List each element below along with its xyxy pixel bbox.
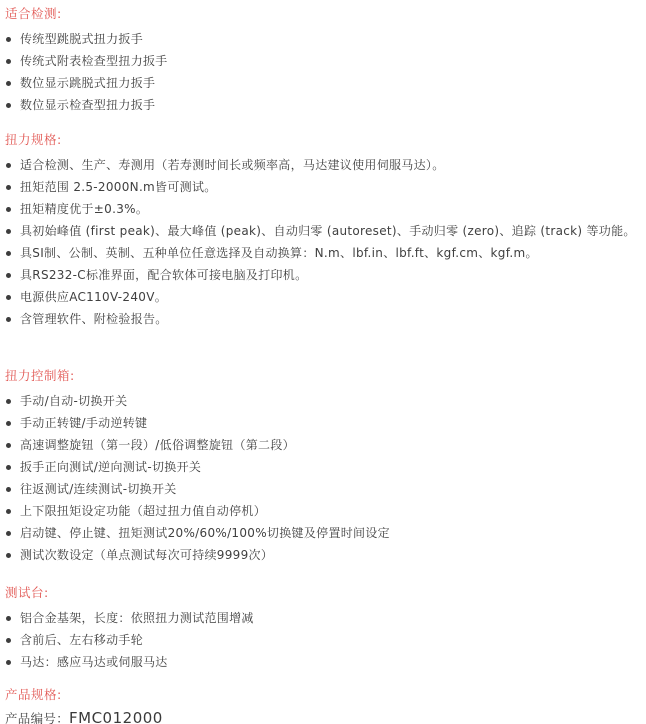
list-item: 马达：感应马达或伺服马达 [5, 651, 642, 673]
bullet-icon [6, 103, 11, 108]
bullet-icon [6, 487, 11, 492]
list-item-text: 启动键、停止键、扭矩测试20%/60%/100%切换键及停置时间设定 [20, 525, 390, 541]
bullet-list: 手动/自动-切换开关 手动正转键/手动逆转键 高速调整旋钮（第一段）/低俗调整旋… [5, 390, 642, 566]
bullet-icon [6, 273, 11, 278]
product-number-label: 产品编号： [5, 709, 69, 724]
list-item: 扳手正向测试/逆向测试-切换开关 [5, 456, 642, 478]
list-item: 具SI制、公制、英制、五种单位任意选择及自动换算：N.m、lbf.in、lbf.… [5, 242, 642, 264]
list-item: 高速调整旋钮（第一段）/低俗调整旋钮（第二段） [5, 434, 642, 456]
bullet-icon [6, 37, 11, 42]
list-item: 含管理软件、附检验报告。 [5, 308, 642, 330]
bullet-icon [6, 185, 11, 190]
list-item: 电源供应AC110V-240V。 [5, 286, 642, 308]
list-item: 具RS232-C标准界面，配合软体可接电脑及打印机。 [5, 264, 642, 286]
list-item: 扭矩范围 2.5-2000N.m皆可测试。 [5, 176, 642, 198]
list-item-text: 扳手正向测试/逆向测试-切换开关 [20, 459, 201, 475]
product-number-value: FMC012000 [69, 709, 163, 724]
section-torque-specs: 扭力规格: 适合检测、生产、寿测用（若寿测时间长或频率高，马达建议使用伺服马达）… [5, 132, 642, 330]
bullet-list: 传统型跳脱式扭力扳手 传统式附表检查型扭力扳手 数位显示跳脱式扭力扳手 数位显示… [5, 28, 642, 116]
bullet-list: 适合检测、生产、寿测用（若寿测时间长或频率高，马达建议使用伺服马达）。 扭矩范围… [5, 154, 642, 330]
bullet-icon [6, 553, 11, 558]
list-item-text: 扭矩精度优于±0.3%。 [20, 201, 148, 217]
list-item: 往返测试/连续测试-切换开关 [5, 478, 642, 500]
list-item: 传统型跳脱式扭力扳手 [5, 28, 642, 50]
list-item: 扭矩精度优于±0.3%。 [5, 198, 642, 220]
list-item-text: 传统式附表检查型扭力扳手 [20, 53, 168, 69]
bullet-icon [6, 509, 11, 514]
list-item-text: 马达：感应马达或伺服马达 [20, 654, 168, 670]
list-item-text: 具初始峰值 (first peak)、最大峰值 (peak)、自动归零 (aut… [20, 223, 636, 239]
bullet-icon [6, 207, 11, 212]
bullet-icon [6, 81, 11, 86]
bullet-icon [6, 59, 11, 64]
section-heading: 扭力控制箱: [5, 368, 642, 384]
section-suitable-testing: 适合检测: 传统型跳脱式扭力扳手 传统式附表检查型扭力扳手 数位显示跳脱式扭力扳… [5, 6, 642, 116]
list-item-text: 数位显示跳脱式扭力扳手 [20, 75, 155, 91]
list-item: 传统式附表检查型扭力扳手 [5, 50, 642, 72]
bullet-icon [6, 465, 11, 470]
list-item-text: 适合检测、生产、寿测用（若寿测时间长或频率高，马达建议使用伺服马达）。 [20, 157, 445, 173]
list-item-text: 具SI制、公制、英制、五种单位任意选择及自动换算：N.m、lbf.in、lbf.… [20, 245, 538, 261]
section-test-bench: 测试台: 铝合金基架，长度：依照扭力测试范围增减 含前后、左右移动手轮 马达：感… [5, 585, 642, 673]
bullet-icon [6, 638, 11, 643]
product-number-line: 产品编号：FMC012000 [5, 709, 642, 724]
section-heading: 测试台: [5, 585, 642, 601]
list-item: 含前后、左右移动手轮 [5, 629, 642, 651]
bullet-icon [6, 317, 11, 322]
list-item: 数位显示检查型扭力扳手 [5, 94, 642, 116]
list-item-text: 含前后、左右移动手轮 [20, 632, 143, 648]
list-item-text: 测试次数设定（单点测试每次可持续9999次） [20, 547, 273, 563]
list-item-text: 具RS232-C标准界面，配合软体可接电脑及打印机。 [20, 267, 307, 283]
bullet-icon [6, 295, 11, 300]
list-item: 适合检测、生产、寿测用（若寿测时间长或频率高，马达建议使用伺服马达）。 [5, 154, 642, 176]
bullet-icon [6, 531, 11, 536]
bullet-icon [6, 163, 11, 168]
section-heading: 产品规格: [5, 687, 642, 703]
bullet-icon [6, 660, 11, 665]
list-item-text: 铝合金基架，长度：依照扭力测试范围增减 [20, 610, 254, 626]
list-item-text: 含管理软件、附检验报告。 [20, 311, 168, 327]
bullet-icon [6, 421, 11, 426]
section-heading: 扭力规格: [5, 132, 642, 148]
list-item-text: 手动/自动-切换开关 [20, 393, 127, 409]
bullet-icon [6, 229, 11, 234]
list-item-text: 手动正转键/手动逆转键 [20, 415, 147, 431]
list-item: 手动/自动-切换开关 [5, 390, 642, 412]
section-product-specs: 产品规格: 产品编号：FMC012000 [5, 687, 642, 724]
list-item: 启动键、停止键、扭矩测试20%/60%/100%切换键及停置时间设定 [5, 522, 642, 544]
list-item: 铝合金基架，长度：依照扭力测试范围增减 [5, 607, 642, 629]
list-item-text: 电源供应AC110V-240V。 [20, 289, 167, 305]
section-torque-control-box: 扭力控制箱: 手动/自动-切换开关 手动正转键/手动逆转键 高速调整旋钮（第一段… [5, 368, 642, 566]
list-item-text: 扭矩范围 2.5-2000N.m皆可测试。 [20, 179, 217, 195]
bullet-icon [6, 399, 11, 404]
section-heading: 适合检测: [5, 6, 642, 22]
bullet-icon [6, 443, 11, 448]
list-item-text: 往返测试/连续测试-切换开关 [20, 481, 177, 497]
list-item-text: 上下限扭矩设定功能（超过扭力值自动停机） [20, 503, 266, 519]
product-spec-document: 适合检测: 传统型跳脱式扭力扳手 传统式附表检查型扭力扳手 数位显示跳脱式扭力扳… [0, 0, 646, 724]
list-item: 测试次数设定（单点测试每次可持续9999次） [5, 544, 642, 566]
bullet-icon [6, 616, 11, 621]
list-item-text: 高速调整旋钮（第一段）/低俗调整旋钮（第二段） [20, 437, 295, 453]
list-item: 手动正转键/手动逆转键 [5, 412, 642, 434]
list-item-text: 数位显示检查型扭力扳手 [20, 97, 155, 113]
list-item: 数位显示跳脱式扭力扳手 [5, 72, 642, 94]
bullet-list: 铝合金基架，长度：依照扭力测试范围增减 含前后、左右移动手轮 马达：感应马达或伺… [5, 607, 642, 673]
list-item: 上下限扭矩设定功能（超过扭力值自动停机） [5, 500, 642, 522]
list-item: 具初始峰值 (first peak)、最大峰值 (peak)、自动归零 (aut… [5, 220, 642, 242]
bullet-icon [6, 251, 11, 256]
list-item-text: 传统型跳脱式扭力扳手 [20, 31, 143, 47]
